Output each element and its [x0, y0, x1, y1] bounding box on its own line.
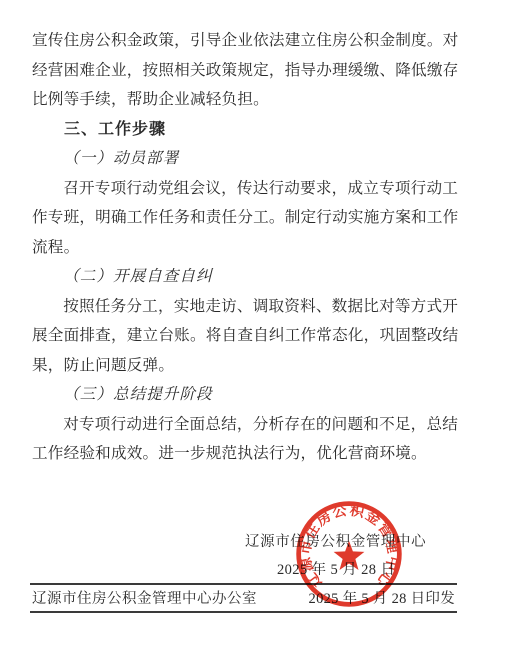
doc-line: 比例等手续，帮助企业减轻负担。 [32, 85, 456, 115]
signature-org: 辽源市住房公积金管理中心 [245, 532, 426, 552]
doc-line: 召开专项行动党组会议，传达行动要求，成立专项行动工 [32, 174, 456, 204]
doc-line: 果，防止问题反弹。 [32, 351, 456, 381]
footer-rule-bottom [30, 611, 457, 613]
subsection-heading: （三）总结提升阶段 [32, 380, 456, 410]
section-heading: 三、工作步骤 [32, 115, 456, 145]
doc-line: 作专班，明确工作任务和责任分工。制定行动实施方案和工作 [32, 203, 456, 233]
subsection-heading: （二）开展自查自纠 [32, 262, 456, 292]
doc-line: 宣传住房公积金政策，引导企业依法建立住房公积金制度。对 [32, 26, 456, 56]
signature-date: 2025 年 5 月 28 日 [277, 560, 395, 580]
footer-rule-top [30, 583, 457, 585]
doc-line: 流程。 [32, 233, 456, 263]
footer-issuer: 辽源市住房公积金管理中心办公室 [32, 589, 257, 609]
footer-row: 辽源市住房公积金管理中心办公室 2025 年 5 月 28 日印发 [32, 589, 455, 609]
doc-line: 展全面排查，建立台账。将自查自纠工作常态化，巩固整改结 [32, 321, 456, 351]
subsection-heading: （一）动员部署 [32, 144, 456, 174]
doc-line: 按照任务分工，实地走访、调取资料、数据比对等方式开 [32, 292, 456, 322]
footer-print-date: 2025 年 5 月 28 日印发 [309, 589, 455, 609]
doc-line: 工作经验和成效。进一步规范执法行为，优化营商环境。 [32, 439, 456, 469]
document-body: 宣传住房公积金政策，引导企业依法建立住房公积金制度。对 经营困难企业，按照相关政… [32, 26, 456, 469]
document-page: 宣传住房公积金政策，引导企业依法建立住房公积金制度。对 经营困难企业，按照相关政… [0, 0, 507, 646]
doc-line: 经营困难企业，按照相关政策规定，指导办理缓缴、降低缴存 [32, 56, 456, 86]
doc-line: 对专项行动进行全面总结，分析存在的问题和不足，总结 [32, 410, 456, 440]
